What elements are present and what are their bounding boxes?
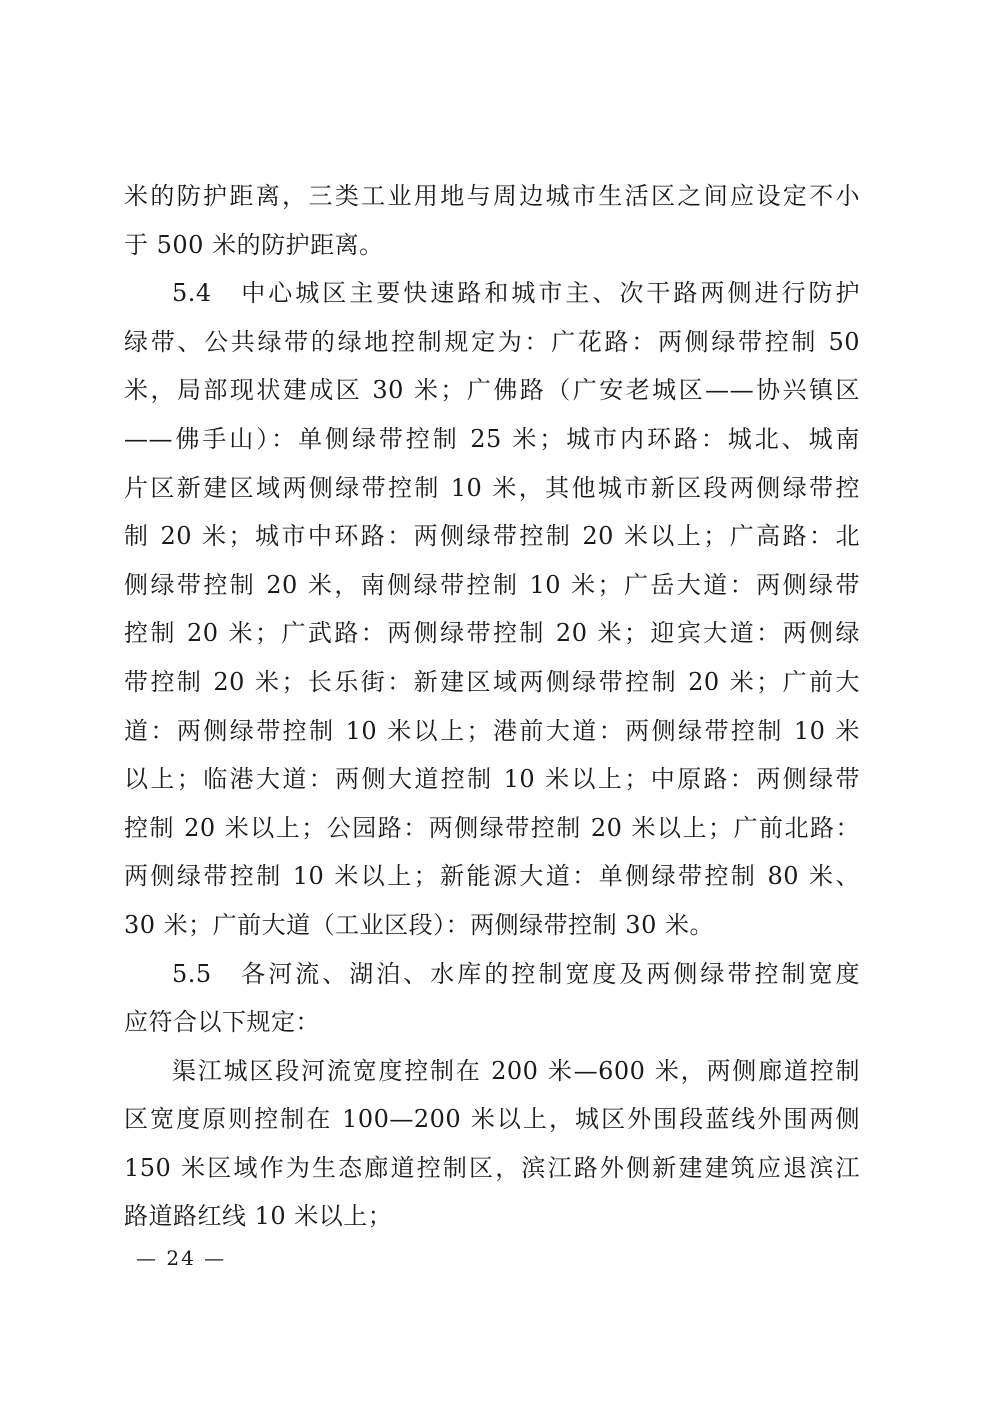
text-line: 侧绿带控制 20 米，南侧绿带控制 10 米；广岳大道：两侧绿带 — [124, 561, 860, 610]
text-line: 片区新建区域两侧绿带控制 10 米，其他城市新区段两侧绿带控 — [124, 464, 860, 513]
text-line: 米，局部现状建成区 30 米；广佛路（广安老城区——协兴镇区 — [124, 366, 860, 415]
text-line: 路道路红线 10 米以上； — [124, 1192, 860, 1241]
paragraph-section-5-5: 5.5 各河流、湖泊、水库的控制宽度及两侧绿带控制宽度 应符合以下规定： — [124, 950, 860, 1047]
text-line: ——佛手山）：单侧绿带控制 25 米；城市内环路：城北、城南 — [124, 415, 860, 464]
paragraph-qujiang: 渠江城区段河流宽度控制在 200 米—600 米，两侧廊道控制 区宽度原则控制在… — [124, 1047, 860, 1241]
text-line: 渠江城区段河流宽度控制在 200 米—600 米，两侧廊道控制 — [124, 1047, 860, 1096]
text-line: 控制 20 米；广武路：两侧绿带控制 20 米；迎宾大道：两侧绿 — [124, 609, 860, 658]
text-line: 应符合以下规定： — [124, 998, 860, 1047]
text-line: 带控制 20 米；长乐街：新建区域两侧绿带控制 20 米；广前大 — [124, 658, 860, 707]
text-line: 道：两侧绿带控制 10 米以上；港前大道：两侧绿带控制 10 米 — [124, 707, 860, 756]
text-line: 150 米区域作为生态廊道控制区，滨江路外侧新建建筑应退滨江 — [124, 1144, 860, 1193]
text-line: 于 500 米的防护距离。 — [124, 221, 860, 270]
section-heading-line: 5.5 各河流、湖泊、水库的控制宽度及两侧绿带控制宽度 — [124, 950, 860, 999]
text-line: 制 20 米；城市中环路：两侧绿带控制 20 米以上；广高路：北 — [124, 512, 860, 561]
paragraph-continuation: 米的防护距离，三类工业用地与周边城市生活区之间应设定不小 于 500 米的防护距… — [124, 172, 860, 269]
page-number: — 24 — — [136, 1246, 226, 1270]
section-heading-line: 5.4 中心城区主要快速路和城市主、次干路两侧进行防护 — [124, 269, 860, 318]
text-line: 控制 20 米以上；公园路：两侧绿带控制 20 米以上；广前北路： — [124, 804, 860, 853]
text-line: 两侧绿带控制 10 米以上；新能源大道：单侧绿带控制 80 米、 — [124, 852, 860, 901]
text-line: 区宽度原则控制在 100—200 米以上，城区外围段蓝线外围两侧 — [124, 1095, 860, 1144]
text-line: 30 米；广前大道（工业区段）：两侧绿带控制 30 米。 — [124, 901, 860, 950]
document-page: 米的防护距离，三类工业用地与周边城市生活区之间应设定不小 于 500 米的防护距… — [0, 0, 992, 1404]
page-body: 米的防护距离，三类工业用地与周边城市生活区之间应设定不小 于 500 米的防护距… — [124, 172, 860, 1241]
text-line: 米的防护距离，三类工业用地与周边城市生活区之间应设定不小 — [124, 172, 860, 221]
text-line: 绿带、公共绿带的绿地控制规定为：广花路：两侧绿带控制 50 — [124, 318, 860, 367]
text-line: 以上；临港大道：两侧大道控制 10 米以上；中原路：两侧绿带 — [124, 755, 860, 804]
paragraph-section-5-4: 5.4 中心城区主要快速路和城市主、次干路两侧进行防护 绿带、公共绿带的绿地控制… — [124, 269, 860, 949]
